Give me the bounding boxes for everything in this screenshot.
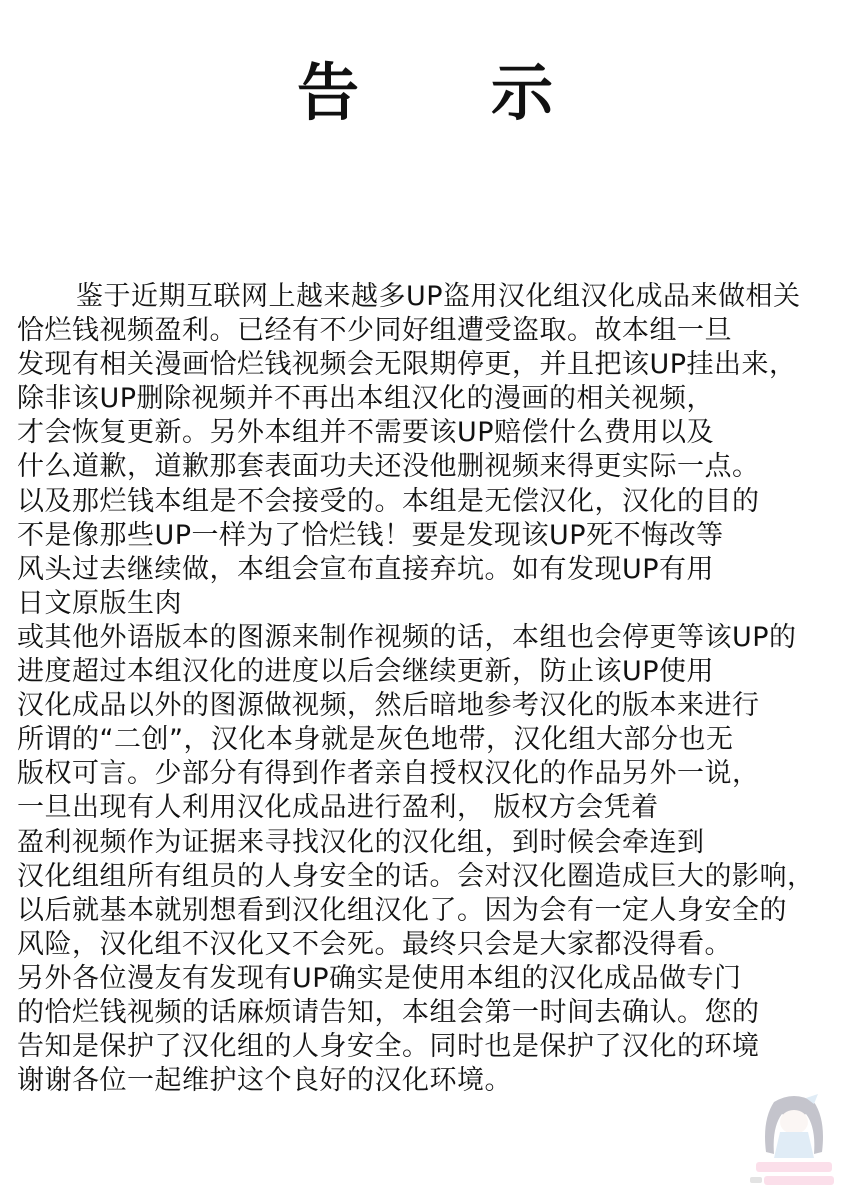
body-line: 所谓的“二创”，汉化本身就是灰色地带，汉化组大部分也无 bbox=[17, 723, 847, 757]
body-line: 盈利视频作为证据来寻找汉化的汉化组，到时候会牵连到 bbox=[17, 826, 847, 860]
body-line: 以及那烂钱本组是不会接受的。本组是无偿汉化，汉化的目的 bbox=[17, 485, 847, 519]
body-line: 一旦出现有人利用汉化成品进行盈利， 版权方会凭着 bbox=[17, 791, 847, 825]
body-line: 除非该UP删除视频并不再出本组汉化的漫画的相关视频， bbox=[17, 382, 847, 416]
body-line: 汉化成品以外的图源做视频，然后暗地参考汉化的版本来进行 bbox=[17, 689, 847, 723]
body-line: 不是像那些UP一样为了恰烂钱！要是发现该UP死不悔改等 bbox=[17, 519, 847, 553]
title-char-2: 示 bbox=[490, 58, 554, 128]
page-title: 告示 bbox=[0, 58, 850, 128]
body-line: 或其他外语版本的图源来制作视频的话，本组也会停更等该UP的 bbox=[17, 621, 847, 655]
body-line: 发现有相关漫画恰烂钱视频会无限期停更，并且把该UP挂出来， bbox=[17, 348, 847, 382]
body-line: 告知是保护了汉化组的人身安全。同时也是保护了汉化的环境 bbox=[17, 1030, 847, 1064]
notice-body: 鉴于近期互联网上越来越多UP盗用汉化组汉化成品来做相关 恰烂钱视频盈利。已经有不… bbox=[17, 280, 847, 1098]
body-line: 以后就基本就别想看到汉化组汉化了。因为会有一定人身安全的 bbox=[17, 894, 847, 928]
title-char-1: 告 bbox=[296, 58, 360, 128]
body-line: 恰烂钱视频盈利。已经有不少同好组遭受盗取。故本组一旦 bbox=[17, 314, 847, 348]
body-line: 风头过去继续做，本组会宣布直接弃坑。如有发现UP有用 bbox=[17, 553, 847, 587]
body-line: 才会恢复更新。另外本组并不需要该UP赔偿什么费用以及 bbox=[17, 416, 847, 450]
body-line: 汉化组组所有组员的人身安全的话。会对汉化圈造成巨大的影响， bbox=[17, 860, 847, 894]
body-line: 进度超过本组汉化的进度以后会继续更新，防止该UP使用 bbox=[17, 655, 847, 689]
body-line: 的恰烂钱视频的话麻烦请告知，本组会第一时间去确认。您的 bbox=[17, 996, 847, 1030]
body-line: 另外各位漫友有发现有UP确实是使用本组的汉化成品做专门 bbox=[17, 962, 847, 996]
anime-character-logo-icon bbox=[744, 1092, 844, 1192]
body-line: 版权可言。少部分有得到作者亲自授权汉化的作品另外一说， bbox=[17, 757, 847, 791]
body-line: 风险，汉化组不汉化又不会死。最终只会是大家都没得看。 bbox=[17, 928, 847, 962]
body-line: 日文原版生肉 bbox=[17, 587, 847, 621]
body-line: 什么道歉，道歉那套表面功夫还没他删视频来得更实际一点。 bbox=[17, 450, 847, 484]
body-line: 鉴于近期互联网上越来越多UP盗用汉化组汉化成品来做相关 bbox=[17, 280, 847, 314]
body-line: 谢谢各位一起维护这个良好的汉化环境。 bbox=[17, 1064, 847, 1098]
